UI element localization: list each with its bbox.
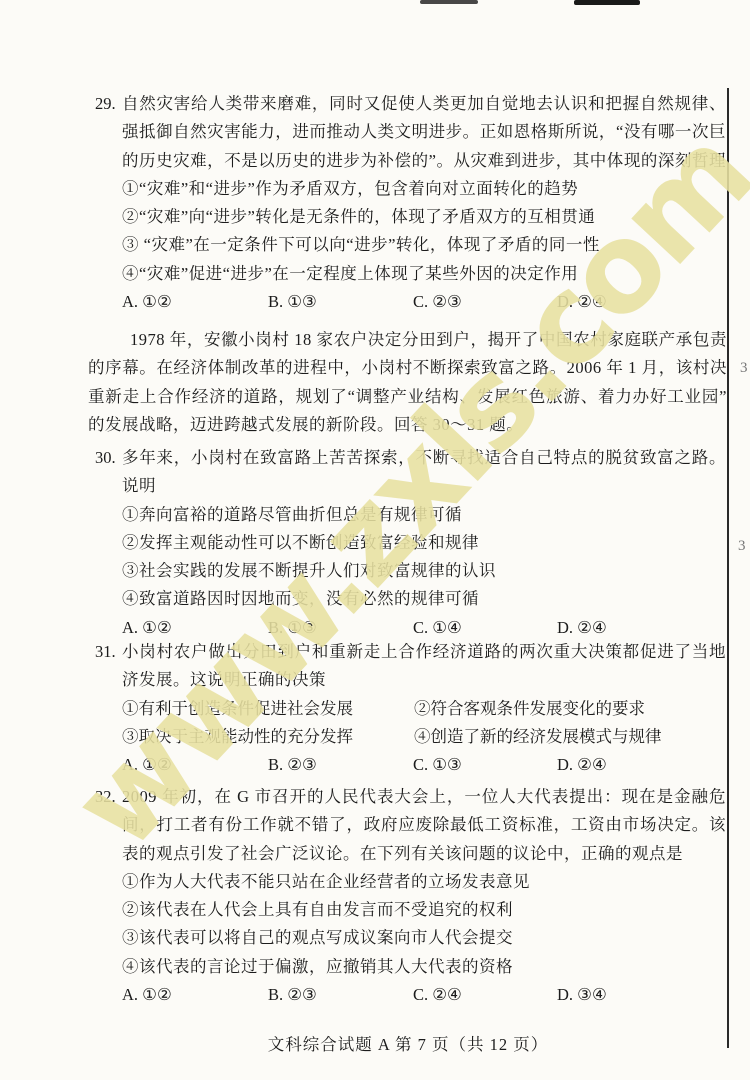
text-line: 表的观点引发了社会广泛议论。在下列有关该问题的议论中，正确的观点是 (122, 840, 726, 868)
choices-row: A. ①② B. ①③ C. ②③ D. ②④ (122, 288, 726, 316)
question-32: 32. 2009 年初，在 G 市召开的人民代表大会上，一位人大代表提出：现在是… (122, 783, 726, 1009)
choice-b: B. ②③ (268, 981, 317, 1009)
text-line: 1978 年，安徽小岗村 18 家农户决定分田到户，揭开了中国农村家庭联产承包责… (88, 326, 727, 354)
text-line: 重新走上合作经济的道路，规划了“调整产业结构、发展红色旅游、着力办好工业园” (88, 383, 727, 411)
choices-row: A. ①② B. ②③ C. ②④ D. ③④ (122, 981, 726, 1009)
question-number: 31. (95, 638, 116, 666)
choice-c: C. ②③ (413, 288, 462, 316)
statement-columns: ①有利于创造条件促进社会发展 ②符合客观条件发展变化的要求 (122, 695, 726, 723)
statement-columns: ③取决于主观能动性的充分发挥 ④创造了新的经济发展模式与规律 (122, 723, 726, 751)
scan-edge-line (727, 88, 729, 1048)
choice-d: D. ③④ (557, 981, 607, 1009)
statement-line: ①奔向富裕的道路尽管曲折但总是有规律可循 (122, 501, 726, 529)
question-number: 29. (95, 90, 116, 118)
scan-artifact-digit: 3 (738, 538, 750, 555)
statement-line: ④致富道路因时因地而变，没有必然的规律可循 (122, 585, 726, 613)
scan-artifact-top (420, 0, 478, 4)
text-line: 自然灾害给人类带来磨难，同时又促使人类更加自觉地去认识和把握自然规律、增 (122, 90, 726, 118)
question-30: 30. 多年来，小岗村在致富路上苦苦探索，不断寻找适合自己特点的脱贫致富之路。这… (122, 444, 726, 642)
choice-a: A. ①② (122, 751, 172, 779)
choice-c: C. ②④ (413, 981, 462, 1009)
text-line: 的发展战略，迈进跨越式发展的新阶段。回答 30～31 题。 (88, 411, 727, 439)
scanned-exam-page: 29. 自然灾害给人类带来磨难，同时又促使人类更加自觉地去认识和把握自然规律、增… (0, 0, 750, 1080)
text-line: 济发展。这说明正确的决策 (122, 666, 726, 694)
statement-line: ④创造了新的经济发展模式与规律 (414, 723, 662, 751)
statement-line: ①有利于创造条件促进社会发展 (122, 695, 353, 723)
statement-line: ④“灾难”促进“进步”在一定程度上体现了某些外因的决定作用 (122, 260, 726, 288)
choice-b: B. ①③ (268, 288, 317, 316)
statement-line: ③社会实践的发展不断提升人们对致富规律的认识 (122, 557, 726, 585)
choice-d: D. ②④ (557, 288, 607, 316)
statement-line: ②发挥主观能动性可以不断创造致富经验和规律 (122, 529, 726, 557)
statement-line: ①“灾难”和“进步”作为矛盾双方，包含着向对立面转化的趋势 (122, 175, 726, 203)
text-line: 的序幕。在经济体制改革的进程中，小岗村不断探索致富之路。2006 年 1 月，该… (88, 354, 727, 382)
background-paragraph: 1978 年，安徽小岗村 18 家农户决定分田到户，揭开了中国农村家庭联产承包责… (88, 326, 727, 439)
scan-artifact-digit: 3 (740, 360, 750, 377)
choices-row: A. ①② B. ②③ C. ①③ D. ②④ (122, 751, 726, 779)
page-footer: 文科综合试题 A 第 7 页（共 12 页） (0, 1031, 750, 1055)
choice-d: D. ②④ (557, 751, 607, 779)
question-number: 32. (95, 783, 116, 811)
text-line: 小岗村农户做出分田到户和重新走上合作经济道路的两次重大决策都促进了当地经 (122, 638, 726, 666)
question-number: 30. (95, 444, 116, 472)
text-line: 间，打工者有份工作就不错了，政府应废除最低工资标准，工资由市场决定。该代 (122, 811, 726, 839)
statement-line: ②“灾难”向“进步”转化是无条件的，体现了矛盾双方的互相贯通 (122, 203, 726, 231)
statement-line: ②该代表在人代会上具有自由发言而不受追究的权利 (122, 896, 726, 924)
statement-line: ③该代表可以将自己的观点写成议案向市人代会提交 (122, 924, 726, 952)
statement-line: ③ “灾难”在一定条件下可以向“进步”转化，体现了矛盾的同一性 (122, 231, 726, 259)
choice-a: A. ①② (122, 288, 172, 316)
question-29: 29. 自然灾害给人类带来磨难，同时又促使人类更加自觉地去认识和把握自然规律、增… (122, 90, 726, 316)
statement-line: ②符合客观条件发展变化的要求 (414, 695, 645, 723)
text-line: 2009 年初，在 G 市召开的人民代表大会上，一位人大代表提出：现在是金融危机… (122, 783, 726, 811)
choice-c: C. ①③ (413, 751, 462, 779)
statement-line: ①作为人大代表不能只站在企业经营者的立场发表意见 (122, 868, 726, 896)
question-31: 31. 小岗村农户做出分田到户和重新走上合作经济道路的两次重大决策都促进了当地经… (122, 638, 726, 779)
text-line: 多年来，小岗村在致富路上苦苦探索，不断寻找适合自己特点的脱贫致富之路。这 (122, 444, 726, 472)
text-line: 强抵御自然灾害能力，进而推动人类文明进步。正如恩格斯所说，“没有哪一次巨大 (122, 118, 726, 146)
statement-line: ④该代表的言论过于偏激，应撤销其人大代表的资格 (122, 953, 726, 981)
choice-a: A. ①② (122, 981, 172, 1009)
text-line: 说明 (122, 472, 726, 500)
choice-b: B. ②③ (268, 751, 317, 779)
statement-line: ③取决于主观能动性的充分发挥 (122, 723, 353, 751)
text-line: 的历史灾难，不是以历史的进步为补偿的”。从灾难到进步，其中体现的深刻哲理是 (122, 147, 726, 175)
scan-artifact-top (574, 0, 640, 5)
